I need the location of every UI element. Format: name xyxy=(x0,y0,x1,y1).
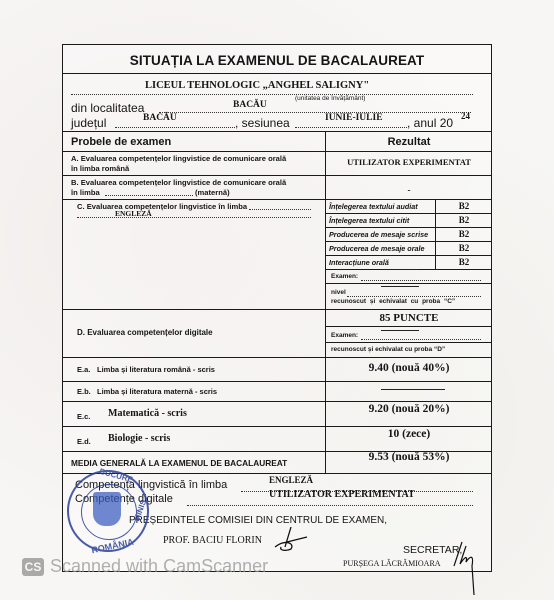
column-divider xyxy=(325,131,326,473)
locality-line xyxy=(159,103,471,113)
exam-subject: Matematică - scris xyxy=(108,408,187,419)
divider xyxy=(63,73,491,74)
exam-subject: Biologie - scris xyxy=(108,433,170,444)
exam-grade-empty xyxy=(381,389,445,390)
exam-c-exam-label: Examen: xyxy=(331,273,358,280)
exam-c-level-label: nivel xyxy=(331,289,346,296)
divider xyxy=(63,401,491,402)
divider xyxy=(325,227,491,228)
exam-code: E.b. xyxy=(77,387,91,396)
skill-level: B2 xyxy=(435,215,493,225)
dotted-line xyxy=(77,210,311,218)
locality-label: din localitatea xyxy=(71,101,144,115)
skill-name: Producerea de mesaje orale xyxy=(329,244,424,253)
skill-level: B2 xyxy=(435,243,493,253)
divider xyxy=(63,175,491,176)
exam-d-exam-label: Examen: xyxy=(331,332,358,339)
skill-name: Înțelegerea textului citit xyxy=(329,216,409,225)
digital-competence-value: UTILIZATOR EXPERIMENTAT xyxy=(269,489,415,500)
watermark-text: Scanned with CamScanner xyxy=(50,556,268,577)
skill-name: Înțelegerea textului audiat xyxy=(329,202,418,211)
skill-level: B2 xyxy=(435,201,493,211)
divider xyxy=(325,326,491,327)
header-result: Rezultat xyxy=(325,136,493,148)
camscanner-logo-icon: CS xyxy=(22,558,44,576)
dash-mark xyxy=(381,330,419,331)
camscanner-watermark: CS Scanned with CamScanner xyxy=(22,556,268,577)
exam-grade: 10 (zece) xyxy=(325,428,493,440)
dash-mark xyxy=(381,269,419,270)
dash-mark xyxy=(381,286,419,287)
session-value: IUNIE-IULIE xyxy=(325,113,383,123)
divider xyxy=(325,213,491,214)
exam-subject: Limba și literatura maternă - scris xyxy=(97,387,217,396)
dotted-line xyxy=(249,202,311,210)
president-title: PREȘEDINTELE COMISIEI DIN CENTRUL DE EXA… xyxy=(129,515,387,526)
exam-a-label-2: în limba română xyxy=(71,164,129,174)
exam-b-label-2-suffix: (maternă) xyxy=(195,188,230,198)
exam-subject: Limba și literatura română - scris xyxy=(97,365,215,374)
session-label: , sesiunea xyxy=(235,116,290,130)
exam-a-result: UTILIZATOR EXPERIMENTAT xyxy=(325,157,493,167)
divider xyxy=(63,131,491,132)
official-seal: ROMÂNIA MINIS BUCURE xyxy=(67,470,149,552)
exam-d-result: 85 PUNCTE xyxy=(325,312,493,324)
school-caption: (unitatea de învățământ) xyxy=(295,95,365,102)
skill-name: Interacțiune orală xyxy=(329,258,389,267)
divider xyxy=(325,241,491,242)
president-signature xyxy=(271,525,311,553)
header-exams: Probele de examen xyxy=(71,136,171,148)
dotted-line xyxy=(361,332,481,340)
language-competence-value: ENGLEZĂ xyxy=(269,475,313,485)
divider xyxy=(63,381,491,382)
exam-d-label: D. Evaluarea competențelor digitale xyxy=(77,328,213,338)
locality-value: BACĂU xyxy=(233,100,267,110)
coat-of-arms-icon xyxy=(93,492,121,526)
dotted-line xyxy=(361,273,481,281)
divider xyxy=(325,255,491,256)
exam-code: E.d. xyxy=(77,437,91,446)
exam-grade: 9.40 (nouă 40%) xyxy=(325,362,493,374)
exam-b-label-2-prefix: în limba xyxy=(71,188,100,198)
president-name: PROF. BACIU FLORIN xyxy=(163,535,262,546)
divider xyxy=(325,283,491,284)
divider xyxy=(325,342,491,343)
exam-b-label-1: B. Evaluarea competențelor lingvistice d… xyxy=(71,178,286,188)
exam-b-result: - xyxy=(325,185,493,195)
year-label: , anul 20 xyxy=(407,116,453,130)
dotted-line xyxy=(347,289,481,297)
divider xyxy=(63,357,491,358)
skill-level: B2 xyxy=(435,257,493,267)
secretary-name: PURȘEGA LĂCRĂMIOARA xyxy=(343,559,441,568)
divider xyxy=(63,151,491,152)
skill-name: Producerea de mesaje scrise xyxy=(329,230,428,239)
document-title: SITUAȚIA LA EXAMENUL DE BACALAUREAT xyxy=(63,53,491,68)
year-value: 24 xyxy=(461,111,470,121)
exam-c-language: ENGLEZĂ xyxy=(115,209,152,218)
divider xyxy=(63,309,491,310)
divider xyxy=(63,199,491,200)
divider xyxy=(63,426,491,427)
county-label: județul xyxy=(71,116,106,130)
mother-tongue-line xyxy=(105,188,193,196)
exam-code: E.a. xyxy=(77,365,90,374)
exam-c-recognized: recunoscut și echivalat cu proba “C” xyxy=(331,298,455,305)
exam-code: E.c. xyxy=(77,412,90,421)
county-value: BACĂU xyxy=(143,113,177,123)
school-name: LICEUL TEHNOLOGIC „ANGHEL SALIGNY" xyxy=(145,80,369,91)
exam-a-label-1: A. Evaluarea competențelor lingvistice d… xyxy=(71,154,286,164)
exam-d-recognized: recunoscut și echivalat cu proba “D” xyxy=(331,346,445,353)
average-value: 9.53 (nouă 53%) xyxy=(325,451,493,463)
skill-level: B2 xyxy=(435,229,493,239)
secretary-signature xyxy=(452,540,482,600)
exam-grade: 9.20 (nouă 20%) xyxy=(325,403,493,415)
